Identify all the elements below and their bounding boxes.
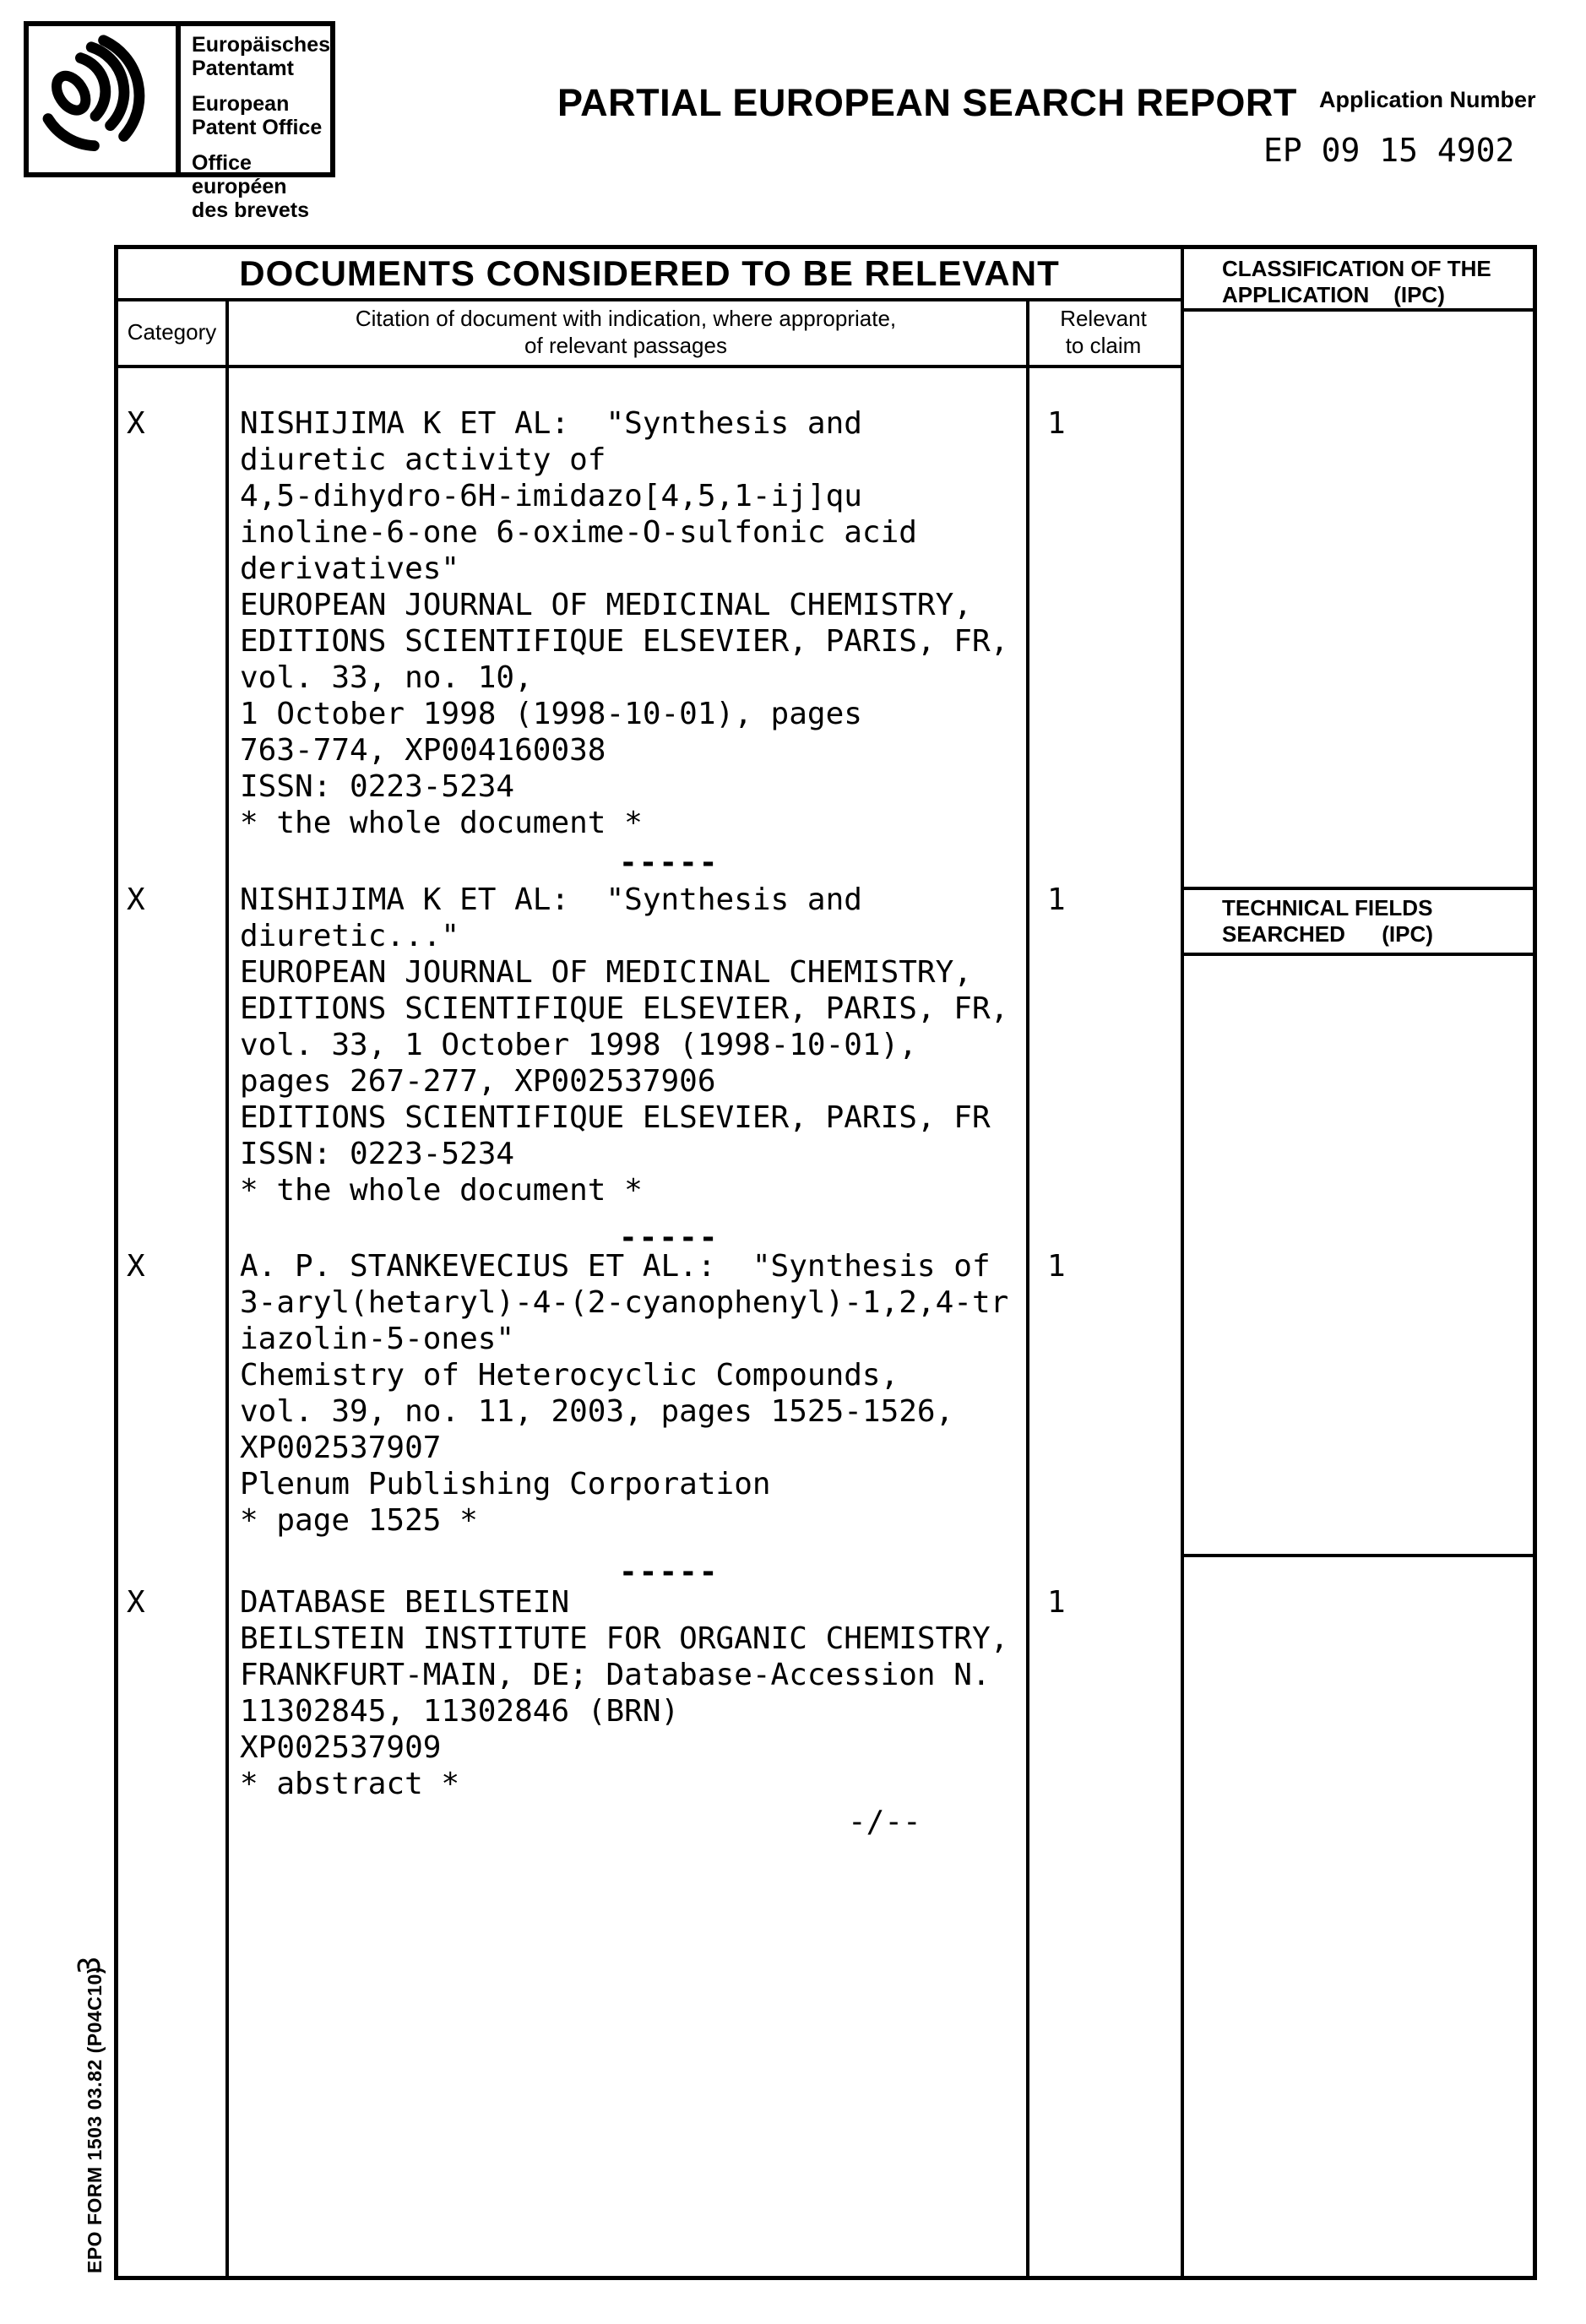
- line-under-column-headers: [118, 365, 1184, 368]
- logo-label-de: Europäisches Patentamt: [192, 33, 330, 80]
- documents-table: DOCUMENTS CONSIDERED TO BE RELEVANT Cate…: [114, 245, 1537, 2280]
- divider-category-column: [225, 298, 229, 2276]
- classification-header: CLASSIFICATION OF THE APPLICATION (IPC): [1222, 256, 1491, 308]
- category-cell: X: [127, 1584, 145, 1621]
- entry-separator: -----: [619, 844, 719, 881]
- technical-fields-header: TECHNICAL FIELDS SEARCHED (IPC): [1222, 895, 1433, 948]
- citation-text: NISHIJIMA K ET AL: "Synthesis and diuret…: [240, 405, 1008, 841]
- column-header-relevant: Relevant to claim: [1026, 298, 1181, 365]
- line-under-classification-header: [1181, 308, 1533, 312]
- category-cell: X: [127, 1248, 145, 1284]
- logo-label-en: European Patent Office: [192, 92, 330, 139]
- divider-relevant-column: [1026, 298, 1029, 2276]
- category-cell: X: [127, 405, 145, 442]
- line-above-technical-fields: [1181, 887, 1533, 890]
- epo-logo: [29, 26, 176, 172]
- relevant-claim-cell: 1: [1047, 882, 1066, 918]
- page-title: PARTIAL EUROPEAN SEARCH REPORT: [557, 81, 1297, 125]
- epo-logo-box: Europäisches Patentamt European Patent O…: [24, 21, 335, 177]
- citation-text: A. P. STANKEVECIUS ET AL.: "Synthesis of…: [240, 1248, 1008, 1539]
- epo-fingerprint-icon: [35, 30, 170, 169]
- logo-label-fr: Office européen des brevets: [192, 151, 330, 222]
- citation-text: NISHIJIMA K ET AL: "Synthesis and diuret…: [240, 882, 1008, 1208]
- line-right-column-divider: [1181, 1554, 1533, 1557]
- column-header-category: Category: [118, 298, 225, 365]
- relevant-claim-cell: 1: [1047, 1248, 1066, 1284]
- table-banner: DOCUMENTS CONSIDERED TO BE RELEVANT: [118, 249, 1181, 298]
- line-under-technical-fields: [1181, 953, 1533, 956]
- epo-logo-labels: Europäisches Patentamt European Patent O…: [176, 26, 330, 172]
- relevant-claim-cell: 1: [1047, 405, 1066, 442]
- application-number: EP 09 15 4902: [1263, 132, 1514, 169]
- category-cell: X: [127, 882, 145, 918]
- epo-form-code: EPO FORM 1503 03.82 (P04C10): [84, 1967, 106, 2273]
- application-number-label: Application Number: [1319, 87, 1536, 113]
- relevant-claim-cell: 1: [1047, 1584, 1066, 1621]
- citation-text: DATABASE BEILSTEIN BEILSTEIN INSTITUTE F…: [240, 1584, 1008, 1802]
- continuation-mark: -/--: [848, 1804, 921, 1840]
- column-header-citation: Citation of document with indication, wh…: [225, 298, 1026, 365]
- divider-classification-column: [1181, 249, 1184, 2276]
- search-report-page: Europäisches Patentamt European Patent O…: [0, 0, 1586, 2324]
